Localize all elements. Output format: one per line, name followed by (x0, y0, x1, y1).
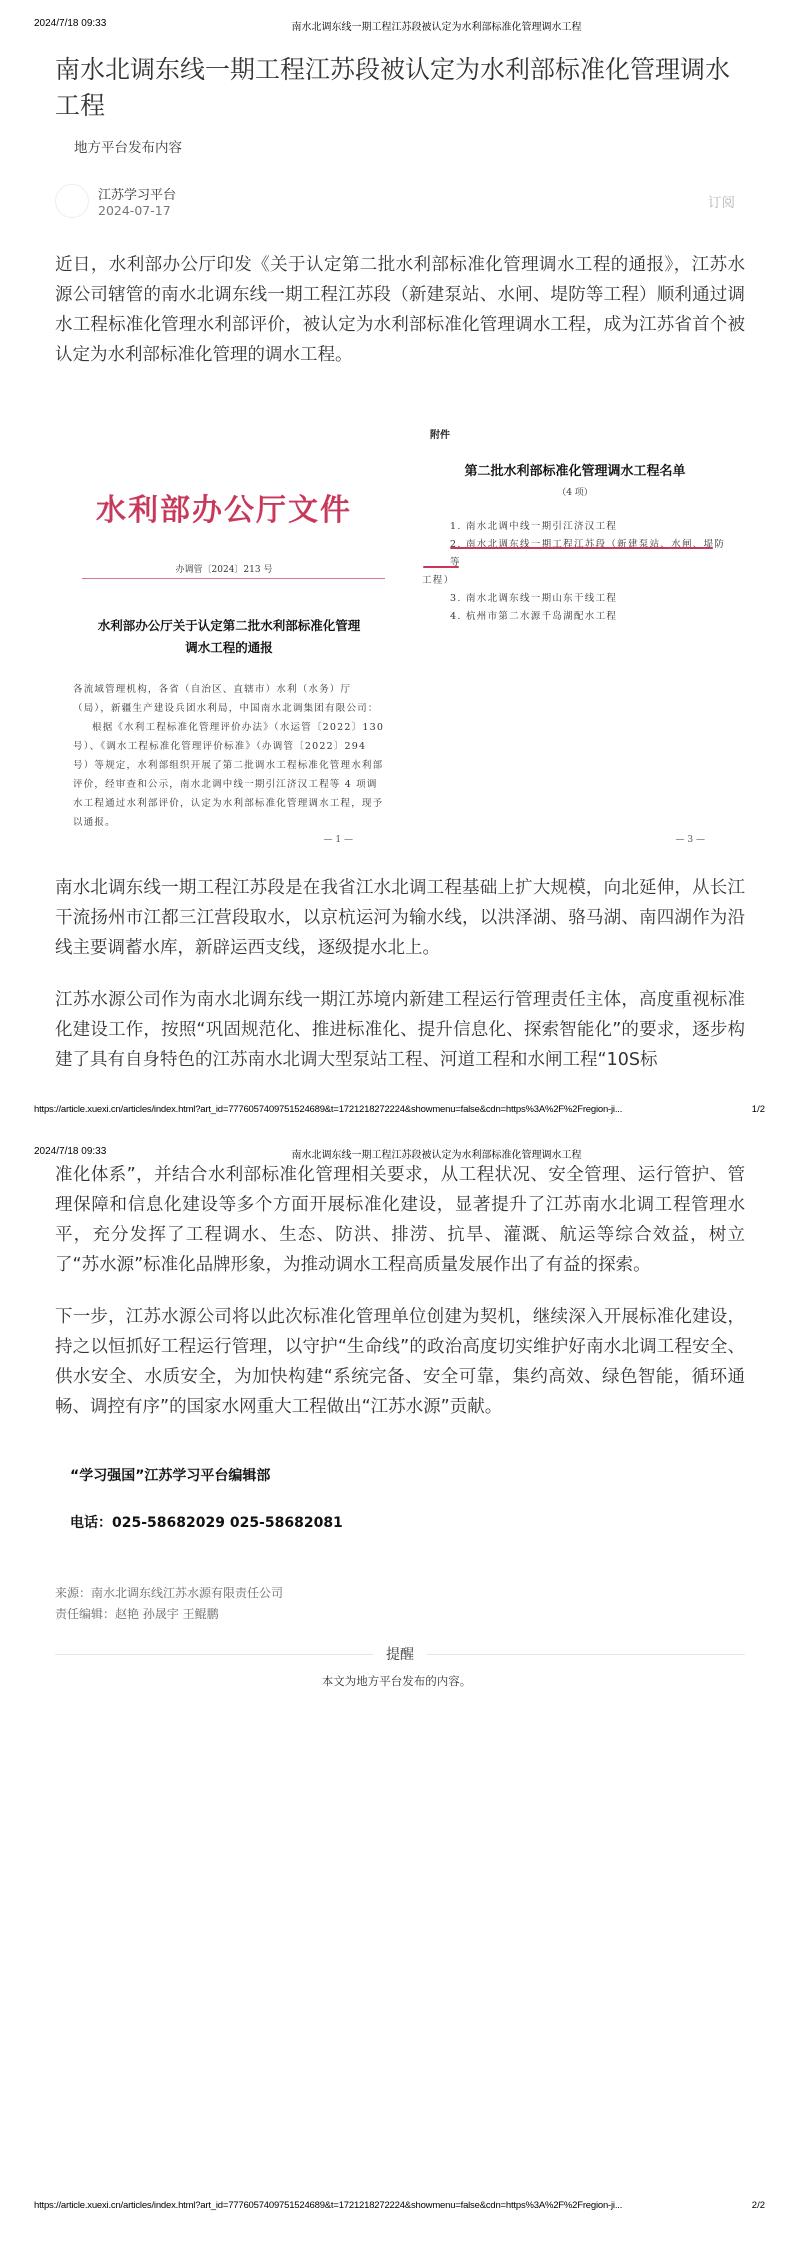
paragraph-4: 下一步，江苏水源公司将以此次标准化管理单位创建为契机，继续深入开展标准化建设，持… (55, 1302, 745, 1422)
doc-addressee: 各流域管理机构，各省（自治区、直辖市）水利（水务）厅（局），新疆生产建设兵团水利… (73, 680, 385, 718)
paragraph-3-continued: 准化体系”，并结合水利部标准化管理相关要求，从工程状况、安全管理、运行管护、管理… (55, 1160, 745, 1280)
source-line: 来源：南水北调东线江苏水源有限责任公司 (55, 1584, 283, 1601)
print-page-number: 1/2 (752, 1104, 765, 1115)
print-header-title: 南水北调东线一期工程江苏段被认定为水利部标准化管理调水工程 (0, 1146, 793, 1161)
document-image-annex[interactable]: 附件 第二批水利部标准化管理调水工程名单 （4 项） 1. 南水北调中线一期引江… (405, 405, 745, 850)
publish-date: 2024-07-17 (98, 203, 171, 218)
editorial-signoff: “学习强国”江苏学习平台编辑部 (70, 1465, 270, 1485)
red-underline (450, 547, 713, 549)
doc-page-number: — 1 — (324, 835, 353, 845)
annex-item-highlighted-cont: 工程） (422, 572, 735, 590)
doc-page-number: — 3 — (676, 835, 705, 845)
doc-heading: 水利部办公厅关于认定第二批水利部标准化管理 调水工程的通报 (73, 615, 385, 659)
paragraph-1: 近日，水利部办公厅印发《关于认定第二批水利部标准化管理调水工程的通报》，江苏水源… (55, 250, 745, 370)
doc-heading-line-1: 水利部办公厅关于认定第二批水利部标准化管理 (73, 615, 385, 637)
article-title: 南水北调东线一期工程江苏段被认定为水利部标准化管理调水工程 (55, 52, 745, 124)
document-image-notice[interactable]: 水利部办公厅文件 办调管〔2024〕213 号 水利部办公厅关于认定第二批水利部… (55, 405, 393, 850)
contact-phone: 电话：025-58682029 025-58682081 (70, 1512, 343, 1532)
divider-line (427, 1654, 745, 1655)
print-footer-page-1: https://article.xuexi.cn/articles/index.… (0, 1104, 793, 1118)
author-row: 江苏学习平台 2024-07-17 订阅 (55, 181, 745, 221)
doc-number: 办调管〔2024〕213 号 (55, 562, 393, 575)
print-header-page-2: 2024/7/18 09:33 南水北调东线一期工程江苏段被认定为水利部标准化管… (0, 1146, 793, 1160)
author-name[interactable]: 江苏学习平台 (98, 184, 176, 203)
print-footer-page-2: https://article.xuexi.cn/articles/index.… (0, 2200, 793, 2214)
document-images: 水利部办公厅文件 办调管〔2024〕213 号 水利部办公厅关于认定第二批水利部… (55, 405, 745, 850)
doc-body-text: 根据《水利工程标准化管理评价办法》（水运管〔2022〕130号）、《调水工程标准… (73, 718, 385, 832)
doc-body: 各流域管理机构，各省（自治区、直辖市）水利（水务）厅（局），新疆生产建设兵团水利… (73, 680, 385, 832)
annex-label: 附件 (430, 426, 450, 441)
annex-item: 3. 南水北调东线一期山东干线工程 (450, 590, 735, 608)
annex-title: 第二批水利部标准化管理调水工程名单 (405, 460, 745, 479)
red-underline (423, 566, 459, 568)
print-page-number: 2/2 (752, 2200, 765, 2211)
print-url: https://article.xuexi.cn/articles/index.… (34, 2200, 622, 2211)
print-url: https://article.xuexi.cn/articles/index.… (34, 1104, 622, 1115)
doc-heading-line-2: 调水工程的通报 (73, 637, 385, 659)
red-divider (82, 578, 385, 579)
annex-item: 1. 南水北调中线一期引江济汉工程 (450, 518, 735, 536)
print-header-title: 南水北调东线一期工程江苏段被认定为水利部标准化管理调水工程 (0, 18, 793, 33)
annex-item: 4. 杭州市第二水源千岛湖配水工程 (450, 608, 735, 626)
editors-line: 责任编辑：赵艳 孙晟宇 王鲲鹏 (55, 1605, 219, 1622)
annex-item-highlighted: 2. 南水北调东线一期工程江苏段（新建泵站、水闸、堤防等 (450, 536, 735, 572)
annex-list: 1. 南水北调中线一期引江济汉工程 2. 南水北调东线一期工程江苏段（新建泵站、… (450, 518, 735, 626)
print-header-page-1: 2024/7/18 09:33 南水北调东线一期工程江苏段被认定为水利部标准化管… (0, 18, 793, 32)
paragraph-3: 江苏水源公司作为南水北调东线一期江苏境内新建工程运行管理责任主体，高度重视标准化… (55, 985, 745, 1075)
red-header: 水利部办公厅文件 (55, 485, 393, 529)
avatar[interactable] (55, 184, 89, 218)
reminder-divider: 提醒 (55, 1644, 745, 1664)
paragraph-2: 南水北调东线一期工程江苏段是在我省江水北调工程基础上扩大规模，向北延伸，从长江干… (55, 873, 745, 963)
channel-label: 地方平台发布内容 (74, 136, 182, 156)
subscribe-button[interactable]: 订阅 (708, 191, 735, 211)
reminder-text: 本文为地方平台发布的内容。 (0, 1673, 793, 1689)
annex-count: （4 项） (405, 485, 745, 498)
